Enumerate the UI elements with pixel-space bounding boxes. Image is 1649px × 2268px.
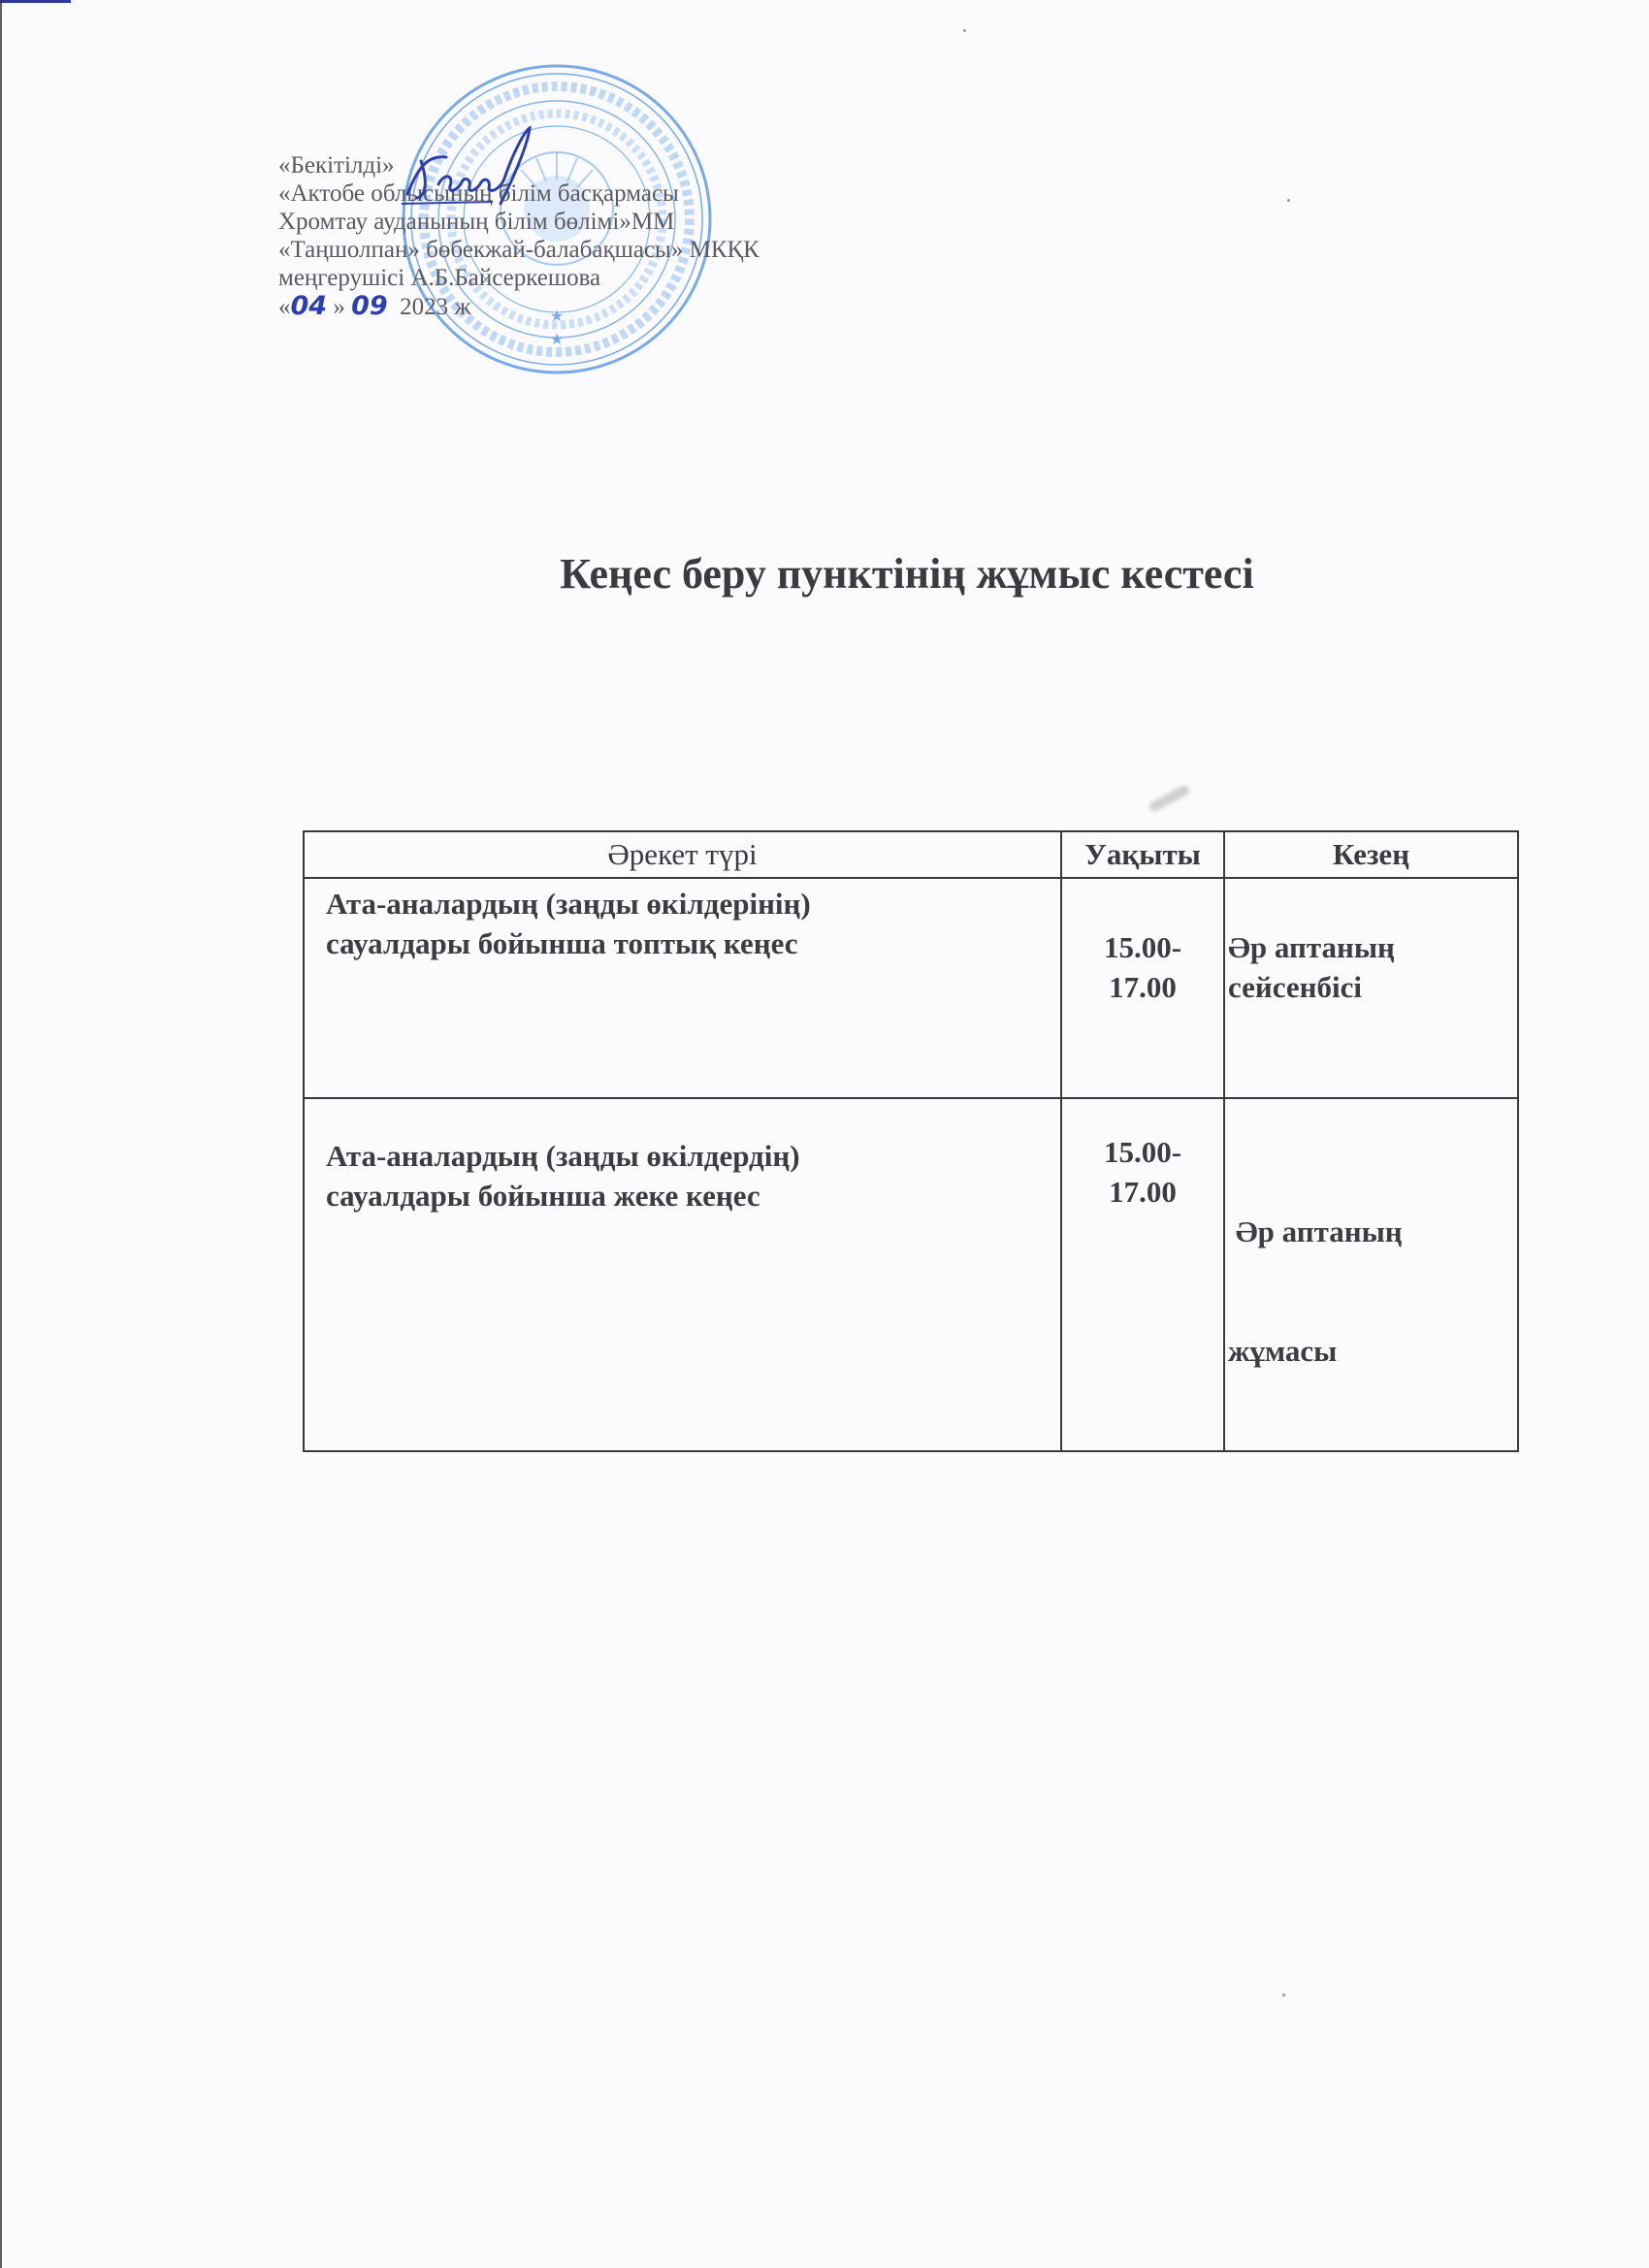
cell-activity: Ата-аналардың (заңды өкілдердің) сауалда… (304, 1098, 1061, 1451)
scan-edge-bar (0, 0, 71, 3)
position-line: меңгерушісі А.Б.Байсеркешова (278, 264, 760, 292)
time-end: 17.00 (1062, 967, 1223, 1007)
scan-speck (1282, 1993, 1285, 1996)
cell-period: Әр аптаның сейсенбісі (1224, 878, 1518, 1098)
header-activity-type: Әрекет түрі (304, 831, 1061, 878)
header-period: Кезең (1224, 831, 1518, 878)
approval-date: «04 » 09 2023 ж (278, 292, 760, 321)
date-open-quote: « (278, 294, 291, 320)
signature-icon (400, 126, 545, 213)
time-end: 17.00 (1062, 1172, 1223, 1212)
period-line: Әр аптаның (1228, 1212, 1517, 1251)
cell-period: Әр аптаның жұмасы (1224, 1098, 1518, 1451)
date-day-handwritten: 04 (291, 291, 328, 321)
period-line: жұмасы (1228, 1331, 1517, 1371)
time-start: 15.00- (1062, 927, 1223, 967)
activity-line: сауалдары бойынша топтық кеңес (326, 923, 1060, 963)
period-line: Әр аптаның (1228, 927, 1517, 967)
date-close-quote: » (333, 294, 345, 320)
table-header-row: Әрекет түрі Уақыты Кезең (304, 831, 1518, 878)
scan-speck (963, 29, 966, 32)
org-line-3: «Таңшолпан» бөбекжай-балабақшасы» МКҚК (278, 236, 760, 264)
period-line: сейсенбісі (1228, 967, 1517, 1007)
activity-line: Ата-аналардың (заңды өкілдердің) (326, 1136, 1060, 1176)
cell-activity: Ата-аналардың (заңды өкілдерінің) сауалд… (304, 878, 1061, 1098)
table-row: Ата-аналардың (заңды өкілдерінің) сауалд… (304, 878, 1518, 1098)
date-month-handwritten: 09 (351, 291, 388, 321)
date-year: 2023 ж (400, 294, 471, 320)
time-start: 15.00- (1062, 1132, 1223, 1172)
scan-smudge (1148, 784, 1190, 813)
scan-left-edge (0, 0, 2, 2268)
cell-time: 15.00- 17.00 (1061, 878, 1224, 1098)
cell-time: 15.00- 17.00 (1061, 1098, 1224, 1451)
activity-line: сауалдары бойынша жеке кеңес (326, 1176, 1060, 1215)
header-time: Уақыты (1061, 831, 1224, 878)
table-row: Ата-аналардың (заңды өкілдердің) сауалда… (304, 1098, 1518, 1451)
document-title: Кеңес беру пунктінің жұмыс кестесі (0, 549, 1649, 599)
svg-text:★: ★ (550, 332, 564, 348)
activity-line: Ата-аналардың (заңды өкілдерінің) (326, 884, 1060, 923)
scan-speck (1287, 199, 1290, 202)
schedule-table: Әрекет түрі Уақыты Кезең Ата-аналардың (… (303, 830, 1519, 1452)
